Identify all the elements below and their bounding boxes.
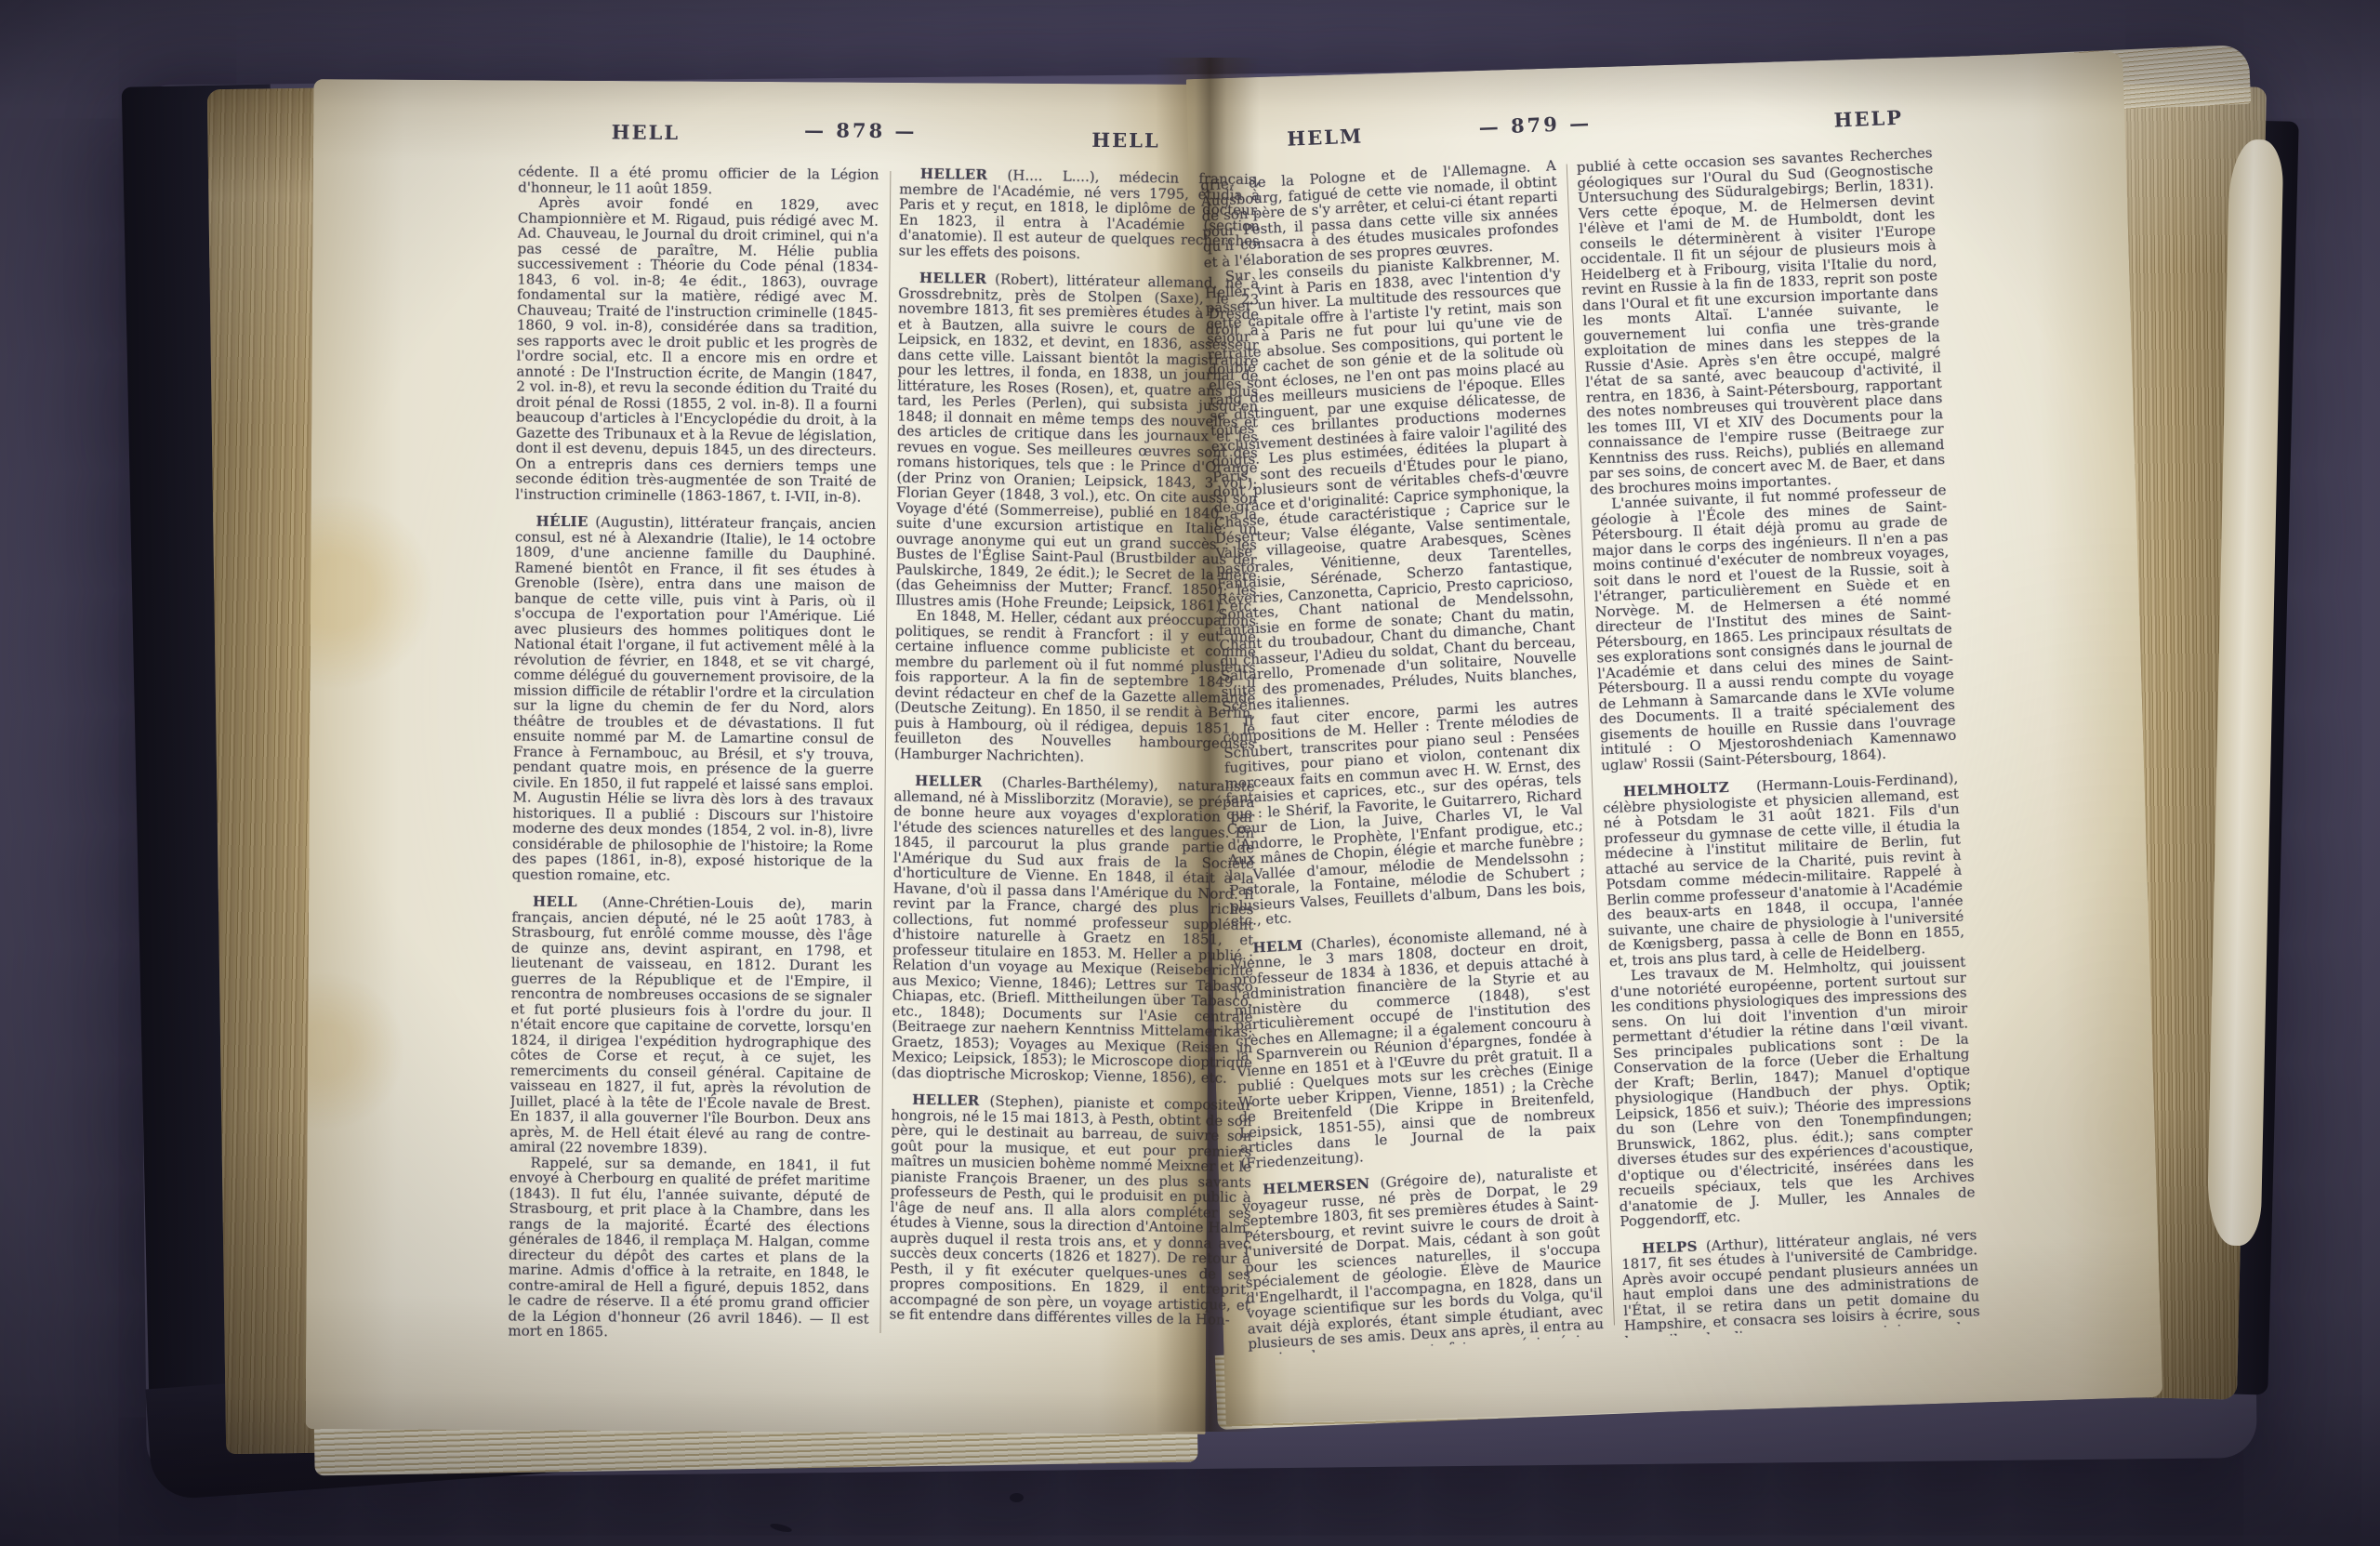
paragraph-text: Rappelé, sur sa demande, en 1841, il fut… bbox=[508, 1154, 870, 1340]
left-page-columns: cédente. Il a été promu officier de la L… bbox=[508, 165, 1262, 1350]
left-page-text-block: HELL — 878 — HELL cédente. Il a été prom… bbox=[508, 114, 1263, 1376]
running-head-catchword-left: HELM bbox=[1287, 124, 1364, 150]
paragraph-text: Il faut citer encore, parmi les autres c… bbox=[1223, 694, 1586, 930]
column-divider bbox=[879, 171, 891, 1333]
paragraph-text: (Charles), économiste allemand, né à Vie… bbox=[1232, 920, 1595, 1172]
paragraph: publié à cette occasion ses savantes Rec… bbox=[1577, 145, 1947, 496]
dust-speck bbox=[1010, 1493, 1024, 1502]
left-running-head: HELL — 878 — HELL bbox=[519, 114, 1263, 160]
running-head-catchword-right: HELL bbox=[1091, 128, 1160, 152]
paragraph: L'année suivante, il fut nommé professeu… bbox=[1590, 482, 1957, 773]
paragraph-text: Sur les conseils du pianiste Kalkbrenner… bbox=[1205, 249, 1578, 715]
paragraph: Les travaux de M. Helmholtz, qui jouisse… bbox=[1609, 955, 1976, 1230]
dust-speck bbox=[770, 1522, 793, 1534]
paragraph-text: Les travaux de M. Helmholtz, qui jouisse… bbox=[1610, 954, 1976, 1230]
page-number-878: — 878 — bbox=[804, 118, 918, 142]
paragraph-text: (Hermann-Louis-Ferdinand), célèbre physi… bbox=[1603, 770, 1965, 970]
book-gutter-shadow bbox=[1156, 58, 1260, 1432]
entry-helmersen-gregoire: HELMERSEN (Grégoire de), naturaliste et … bbox=[1241, 1163, 1604, 1356]
paragraph-text: (Anne-Chrétien-Louis de), marin français… bbox=[509, 893, 872, 1156]
right-page-column-2: publié à cette occasion ses savantes Rec… bbox=[1577, 145, 1981, 1338]
paragraph: Après avoir fondé en 1829, avec Champion… bbox=[515, 195, 879, 505]
paragraph-text: (Augustin), littérateur français, ancien… bbox=[512, 513, 876, 883]
paragraph-text: Après avoir fondé en 1829, avec Champion… bbox=[515, 194, 879, 506]
entry-helps-arthur: HELPS (Arthur), littérateur anglais, né … bbox=[1620, 1227, 1980, 1338]
photo-of-open-book: HELL — 878 — HELL cédente. Il a été prom… bbox=[0, 0, 2380, 1546]
right-page-columns: grie, de la Pologne et de l'Allemagne. A… bbox=[1200, 145, 1980, 1353]
paragraph: Rappelé, sur sa demande, en 1841, il fut… bbox=[508, 1155, 870, 1341]
paragraph-text: cédente. Il a été promu officier de la L… bbox=[518, 165, 879, 197]
page-number-879: — 879 — bbox=[1478, 111, 1592, 139]
running-head-catchword-right: HELP bbox=[1833, 106, 1903, 132]
paragraph-text: L'année suivante, il fut nommé professeu… bbox=[1591, 482, 1957, 773]
entry-helie-augustin: HÉLIE (Augustin), littérateur français, … bbox=[512, 514, 876, 885]
paragraph: Sur les conseils du pianiste Kalkbrenner… bbox=[1204, 250, 1578, 715]
right-page-text-block: HELM — 879 — HELP grie, de la Pologne et… bbox=[1198, 95, 1982, 1379]
entry-helm-charles: HELM (Charles), économiste allemand, né … bbox=[1232, 921, 1597, 1171]
right-page-column-1: grie, de la Pologne et de l'Allemagne. A… bbox=[1200, 158, 1604, 1356]
entry-hell-anne-chretien: HELL (Anne-Chrétien-Louis de), marin fra… bbox=[509, 894, 872, 1158]
paragraph: Il faut citer encore, parmi les autres c… bbox=[1223, 694, 1587, 930]
entry-helmholtz-hermann: HELMHOLTZ (Hermann-Louis-Ferdinand), cél… bbox=[1602, 771, 1965, 970]
left-page-column-1: cédente. Il a été promu officier de la L… bbox=[508, 165, 879, 1346]
paragraph-text: publié à cette occasion ses savantes Rec… bbox=[1577, 145, 1946, 497]
running-head-catchword-left: HELL bbox=[612, 120, 681, 144]
paragraph: cédente. Il a été promu officier de la L… bbox=[518, 165, 879, 198]
